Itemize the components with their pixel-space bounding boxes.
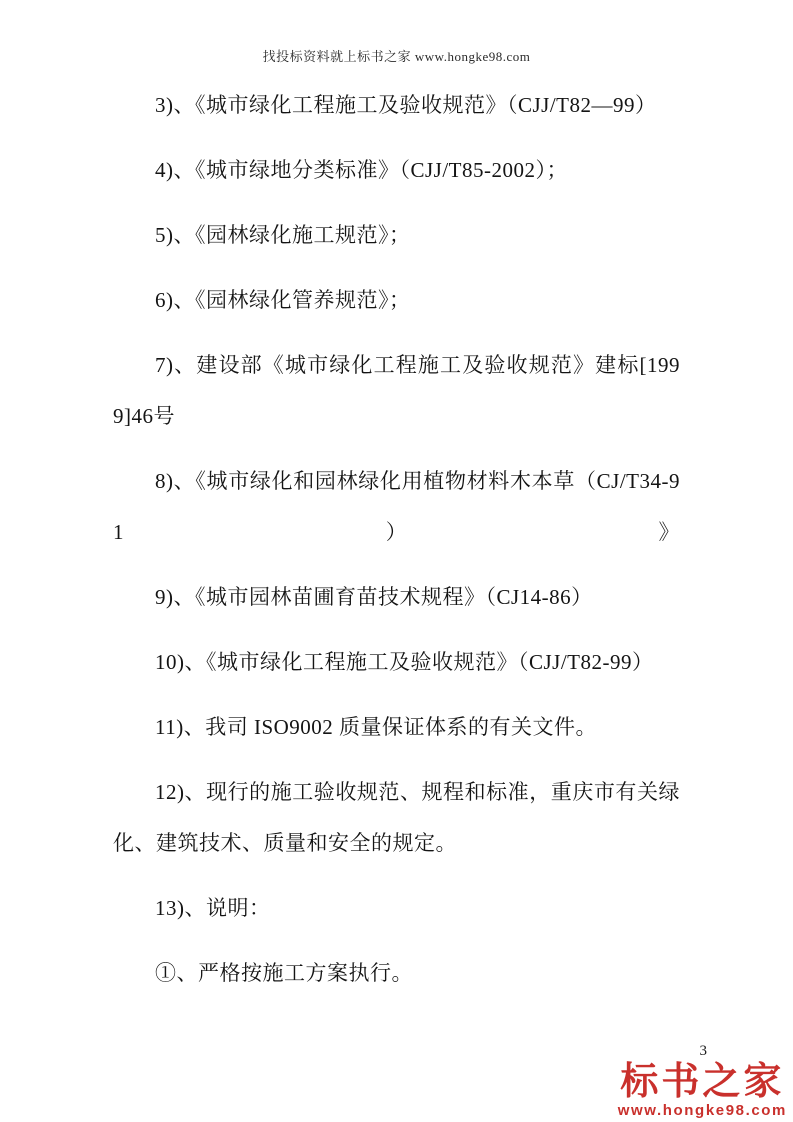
list-item-4: 4)、《城市绿地分类标准》（CJJ/T85-2002）；	[113, 145, 680, 196]
list-item-9: 9)、《城市园林苗圃育苗技术规程》（CJ14-86）	[113, 572, 680, 623]
list-item-7: 7)、建设部《城市绿化工程施工及验收规范》建标[1999]46号	[113, 340, 680, 442]
list-item-8: 8)、《城市绿化和园林绿化用植物材料木本草（CJ/T34-91）》	[113, 456, 680, 558]
site-logo: 标书之家 www.hongke98.com	[618, 1063, 787, 1118]
list-item-3: 3)、《城市绿化工程施工及验收规范》（CJJ/T82—99）	[113, 80, 680, 131]
document-body: 3)、《城市绿化工程施工及验收规范》（CJJ/T82—99） 4)、《城市绿地分…	[113, 80, 680, 1013]
header-site-note: 找投标资料就上标书之家 www.hongke98.com	[0, 46, 793, 65]
document-page: 找投标资料就上标书之家 www.hongke98.com 3)、《城市绿化工程施…	[0, 0, 793, 1122]
site-logo-url: www.hongke98.com	[618, 1103, 787, 1118]
list-item-11: 11)、我司 ISO9002 质量保证体系的有关文件。	[113, 702, 680, 753]
list-item-10: 10)、《城市绿化工程施工及验收规范》（CJJ/T82-99）	[113, 637, 680, 688]
page-number: 3	[700, 1043, 708, 1060]
site-logo-title: 标书之家	[618, 1063, 787, 1101]
list-item-6: 6)、《园林绿化管养规范》；	[113, 275, 680, 326]
list-item-5: 5)、《园林绿化施工规范》；	[113, 210, 680, 261]
list-item-note-1: ①、严格按施工方案执行。	[113, 948, 680, 999]
list-item-13: 13)、说明：	[113, 883, 680, 934]
list-item-12: 12)、现行的施工验收规范、规程和标准，重庆市有关绿化、建筑技术、质量和安全的规…	[113, 767, 680, 869]
